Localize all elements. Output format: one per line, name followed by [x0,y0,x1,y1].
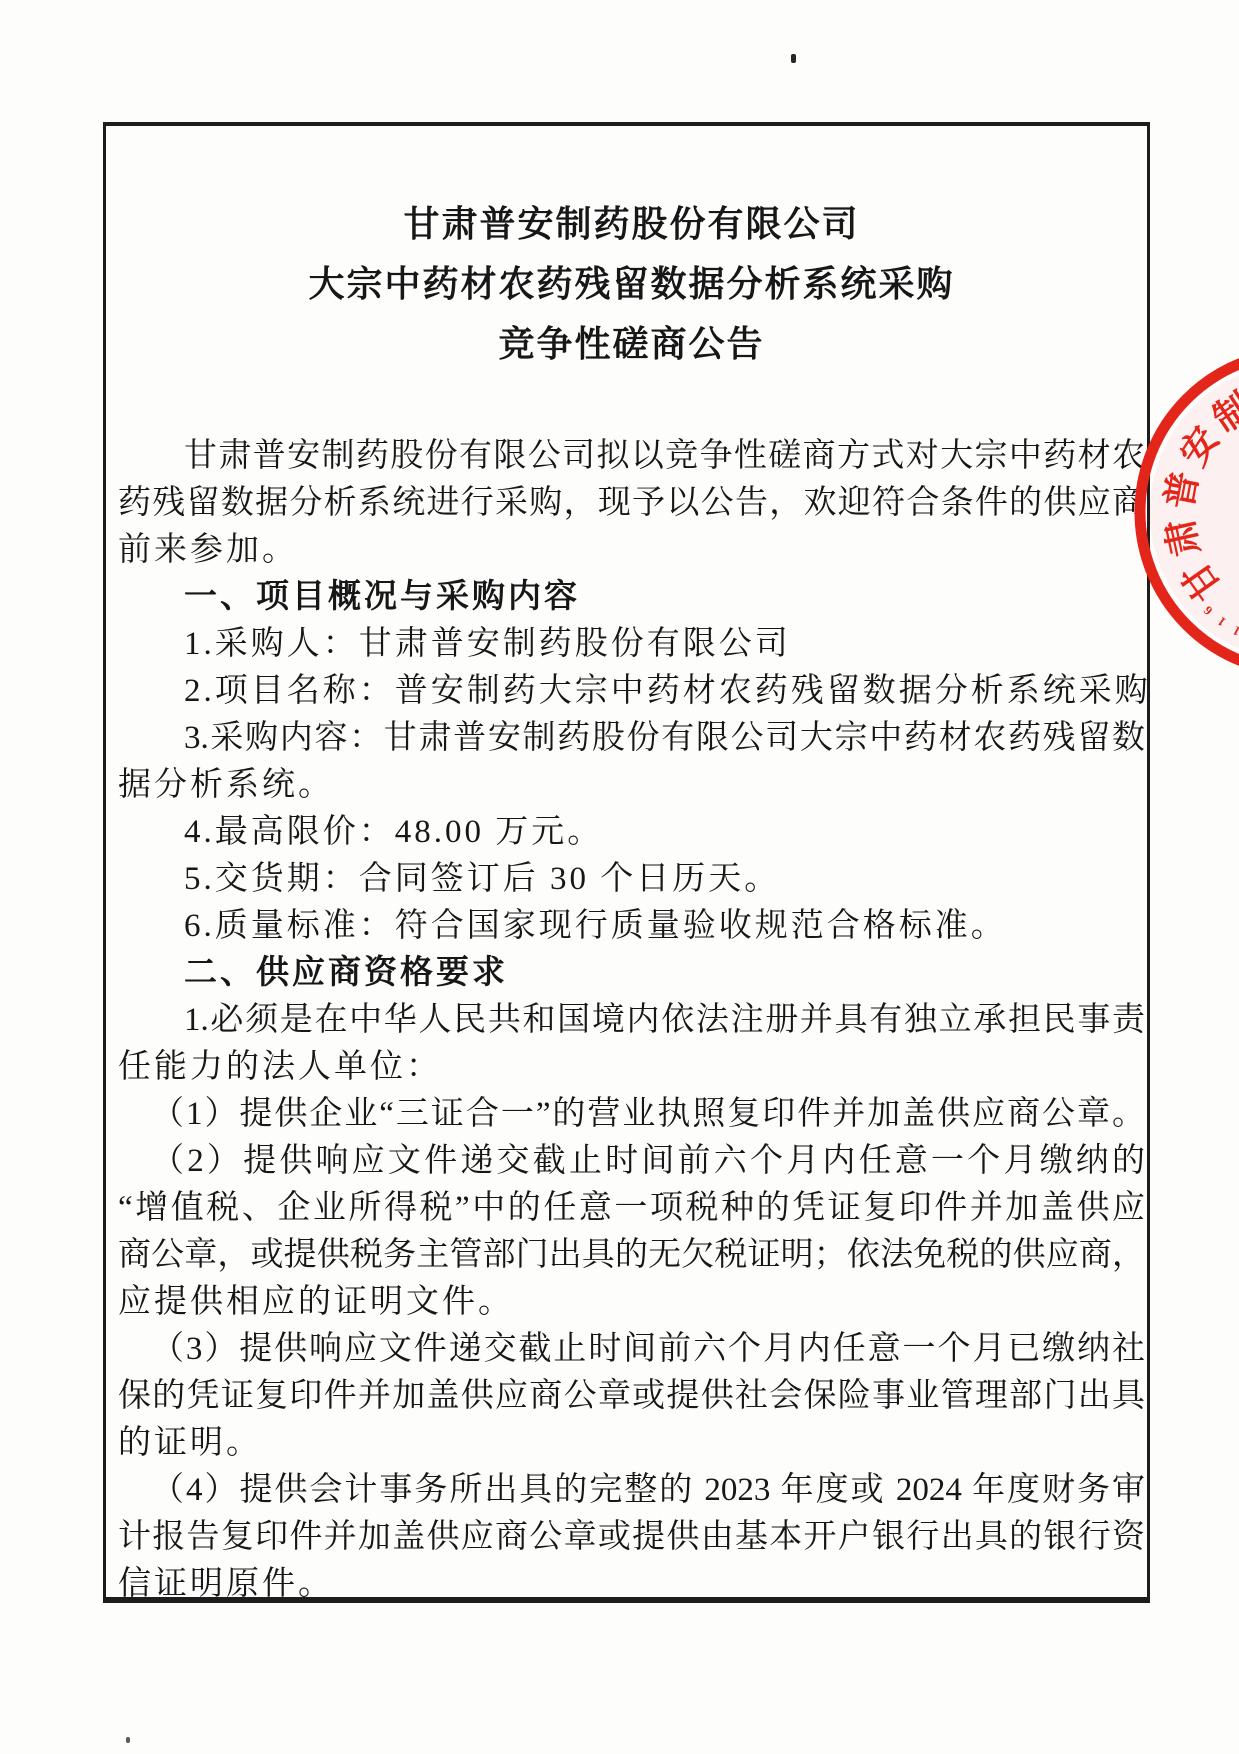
text-line: 2.项目名称：普安制药大宗中药材农药残留数据分析系统采购 [118,668,1145,715]
text-line: 1.采购人：甘肃普安制药股份有限公司 [118,621,1145,668]
text-line: 6.质量标准：符合国家现行质量验收规范合格标准。 [118,903,1145,950]
title-line: 甘肃普安制药股份有限公司 [118,194,1145,254]
text-line: （3）提供响应文件递交截止时间前六个月内任意一个月已缴纳社 [118,1326,1145,1373]
seal-character: 制 [1206,385,1239,441]
text-line: 据分析系统。 [118,762,1145,809]
text-line: （2）提供响应文件递交截止时间前六个月内任意一个月缴纳的 [118,1138,1145,1185]
text-line: 1.必须是在中华人民共和国境内依法注册并具有独立承担民事责 [118,997,1145,1044]
text-line: 5.交货期：合同签订后 30 个日历天。 [118,856,1145,903]
text-line: 药残留数据分析系统进行采购，现予以公告，欢迎符合条件的供应商 [118,480,1145,527]
seal-serial-marks: 61180 [1200,603,1239,652]
title-line: 大宗中药材农药残留数据分析系统采购 [118,254,1145,314]
document-body: 甘肃普安制药股份有限公司拟以竞争性磋商方式对大宗中药材农药残留数据分析系统进行采… [118,433,1145,1608]
text-line: 的证明。 [118,1420,1145,1467]
seal-ink-smudge [1150,362,1239,662]
seal-serial-character: 1 [1215,614,1229,630]
text-line: 应提供相应的证明文件。 [118,1279,1145,1326]
text-line: （1）提供企业“三证合一”的营业执照复印件并加盖供应商公章。 [118,1091,1145,1138]
scanned-document-page: { "document": { "title_lines": [ "甘肃普安制药… [0,0,1239,1754]
seal-character: 甘 [1174,553,1230,607]
text-line: 甘肃普安制药股份有限公司拟以竞争性磋商方式对大宗中药材农 [118,433,1145,480]
text-line: 前来参加。 [118,527,1145,574]
document-title: 甘肃普安制药股份有限公司大宗中药材农药残留数据分析系统采购竞争性磋商公告 [118,194,1145,374]
seal-serial-character: 6 [1200,603,1215,619]
text-line: 4.最高限价：48.00 万元。 [118,809,1145,856]
seal-serial-character: 1 [1230,623,1239,639]
document-border-box: 甘肃普安制药股份有限公司大宗中药材农药残留数据分析系统采购竞争性磋商公告 甘肃普… [103,122,1150,1603]
text-line: 保的凭证复印件并加盖供应商公章或提供社会保险事业管理部门出具 [118,1373,1145,1420]
seal-character: 安 [1172,420,1227,474]
text-line: 商公章，或提供税务主管部门出具的无欠税证明；依法免税的供应商， [118,1232,1145,1279]
text-line: “增值税、企业所得税”中的任意一项税种的凭证复印件并加盖供应 [118,1185,1145,1232]
seal-character: 普 [1158,468,1206,512]
scan-speck-bottom [126,1737,130,1743]
text-line: 3.采购内容：甘肃普安制药股份有限公司大宗中药材农药残留数 [118,715,1145,762]
seal-character: 肃 [1159,515,1208,560]
text-line: 一、项目概况与采购内容 [118,574,1145,621]
text-line: 信证明原件。 [118,1561,1145,1608]
text-line: （4）提供会计事务所出具的完整的 2023 年度或 2024 年度财务审 [118,1467,1145,1514]
scan-speck-top [791,54,796,63]
seal-company-name-arc: 甘肃普安制药股份有限公司 [1158,371,1239,608]
text-line: 任能力的法人单位： [118,1044,1145,1091]
seal-rim-circle [1140,352,1239,672]
title-line: 竞争性磋商公告 [118,314,1145,374]
text-line: 计报告复印件并加盖供应商公章或提供由基本开户银行出具的银行资 [118,1514,1145,1561]
text-line: 二、供应商资格要求 [118,950,1145,997]
